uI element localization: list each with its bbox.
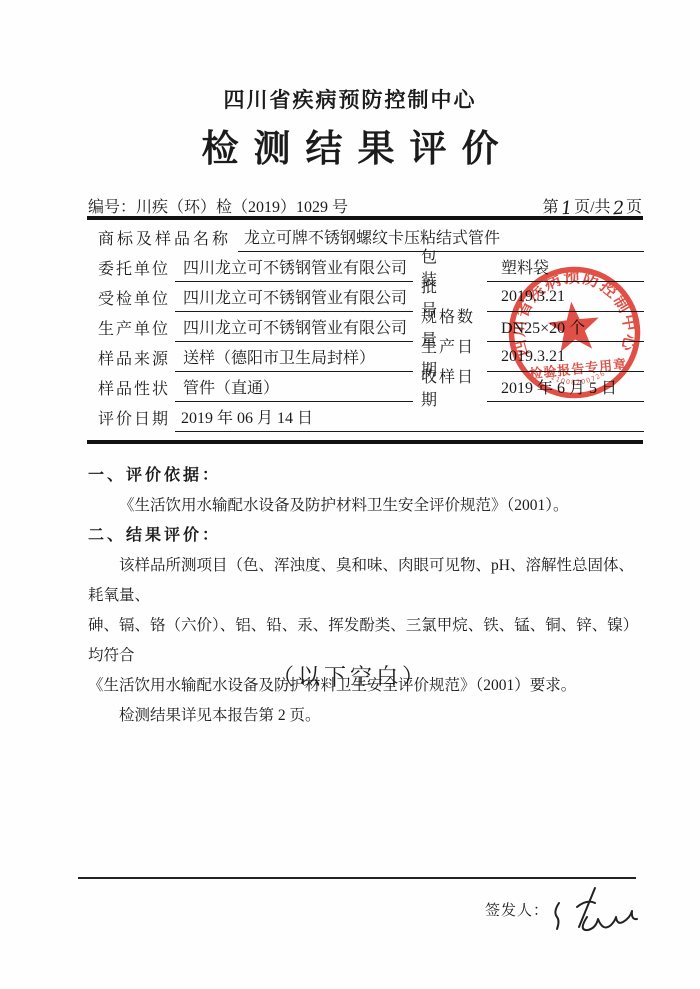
row-label: 生产单位 xyxy=(88,312,175,342)
issuer-block: 签发人： xyxy=(485,891,661,935)
row-label: 委托单位 xyxy=(88,252,175,282)
row-label-right: 收样日期 xyxy=(421,372,487,402)
blank-below-note: （以下空白） xyxy=(0,660,700,691)
row-label: 评价日期 xyxy=(88,402,175,432)
page-current-handwritten: 1 xyxy=(560,201,573,218)
section1-heading: 一、评价依据： xyxy=(88,461,642,491)
row-value: 四川龙立可不锈钢管业有限公司 xyxy=(175,282,413,312)
section2-line4: 检测结果详见本报告第 2 页。 xyxy=(88,701,642,731)
top-rule xyxy=(87,216,643,220)
section2-line1: 该样品所测项目（色、浑浊度、臭和味、肉眼可见物、pH、溶解性总固体、耗氧量、 xyxy=(88,551,642,611)
report-number: 编号：川疾（环）检（2019）1029 号 xyxy=(88,194,348,217)
row-label: 样品性状 xyxy=(88,372,175,402)
handwritten-signature xyxy=(551,887,661,935)
page-mid: 页/共 xyxy=(574,194,610,217)
row-label: 样品来源 xyxy=(88,342,175,372)
table-bottom-rule xyxy=(87,440,643,444)
table-row: 商标及样品名称 龙立可牌不锈钢螺纹卡压粘结式管件 xyxy=(88,222,644,252)
row-value: 四川龙立可不锈钢管业有限公司 xyxy=(175,252,413,282)
issuer-label: 签发人： xyxy=(485,891,549,920)
section1-body: 《生活饮用水输配水设备及防护材料卫生安全评价规范》（2001）。 xyxy=(88,491,642,521)
page-prefix: 第 xyxy=(543,194,559,217)
organization-name: 四川省疾病预防控制中心 xyxy=(0,84,700,114)
section2-heading: 二、结果评价： xyxy=(88,521,642,551)
page-total-handwritten: 2 xyxy=(612,201,625,218)
stamp-band-text: 检验报告专用章 xyxy=(529,356,628,381)
stamp-star-icon xyxy=(546,299,602,353)
report-page: 四川省疾病预防控制中心 检测结果评价 编号：川疾（环）检（2019）1029 号… xyxy=(0,0,700,989)
signature-rule xyxy=(78,877,636,879)
page-suffix: 页 xyxy=(626,194,642,217)
page-indicator: 第 1 页/共 2 页 xyxy=(543,194,642,217)
reference-row: 编号：川疾（环）检（2019）1029 号 第 1 页/共 2 页 xyxy=(88,194,642,217)
official-seal-stamp: 四川省疾病预防控制中心 检验报告专用章 511008200726 xyxy=(492,250,657,415)
document-title: 检测结果评价 xyxy=(0,118,700,172)
row-label: 受检单位 xyxy=(88,282,175,312)
row-label: 商标及样品名称 xyxy=(88,222,238,252)
row-value: 送样（德阳市卫生局封样） xyxy=(175,342,413,372)
row-value: 四川龙立可不锈钢管业有限公司 xyxy=(175,312,413,342)
row-value: 管件（直通） xyxy=(175,372,413,402)
